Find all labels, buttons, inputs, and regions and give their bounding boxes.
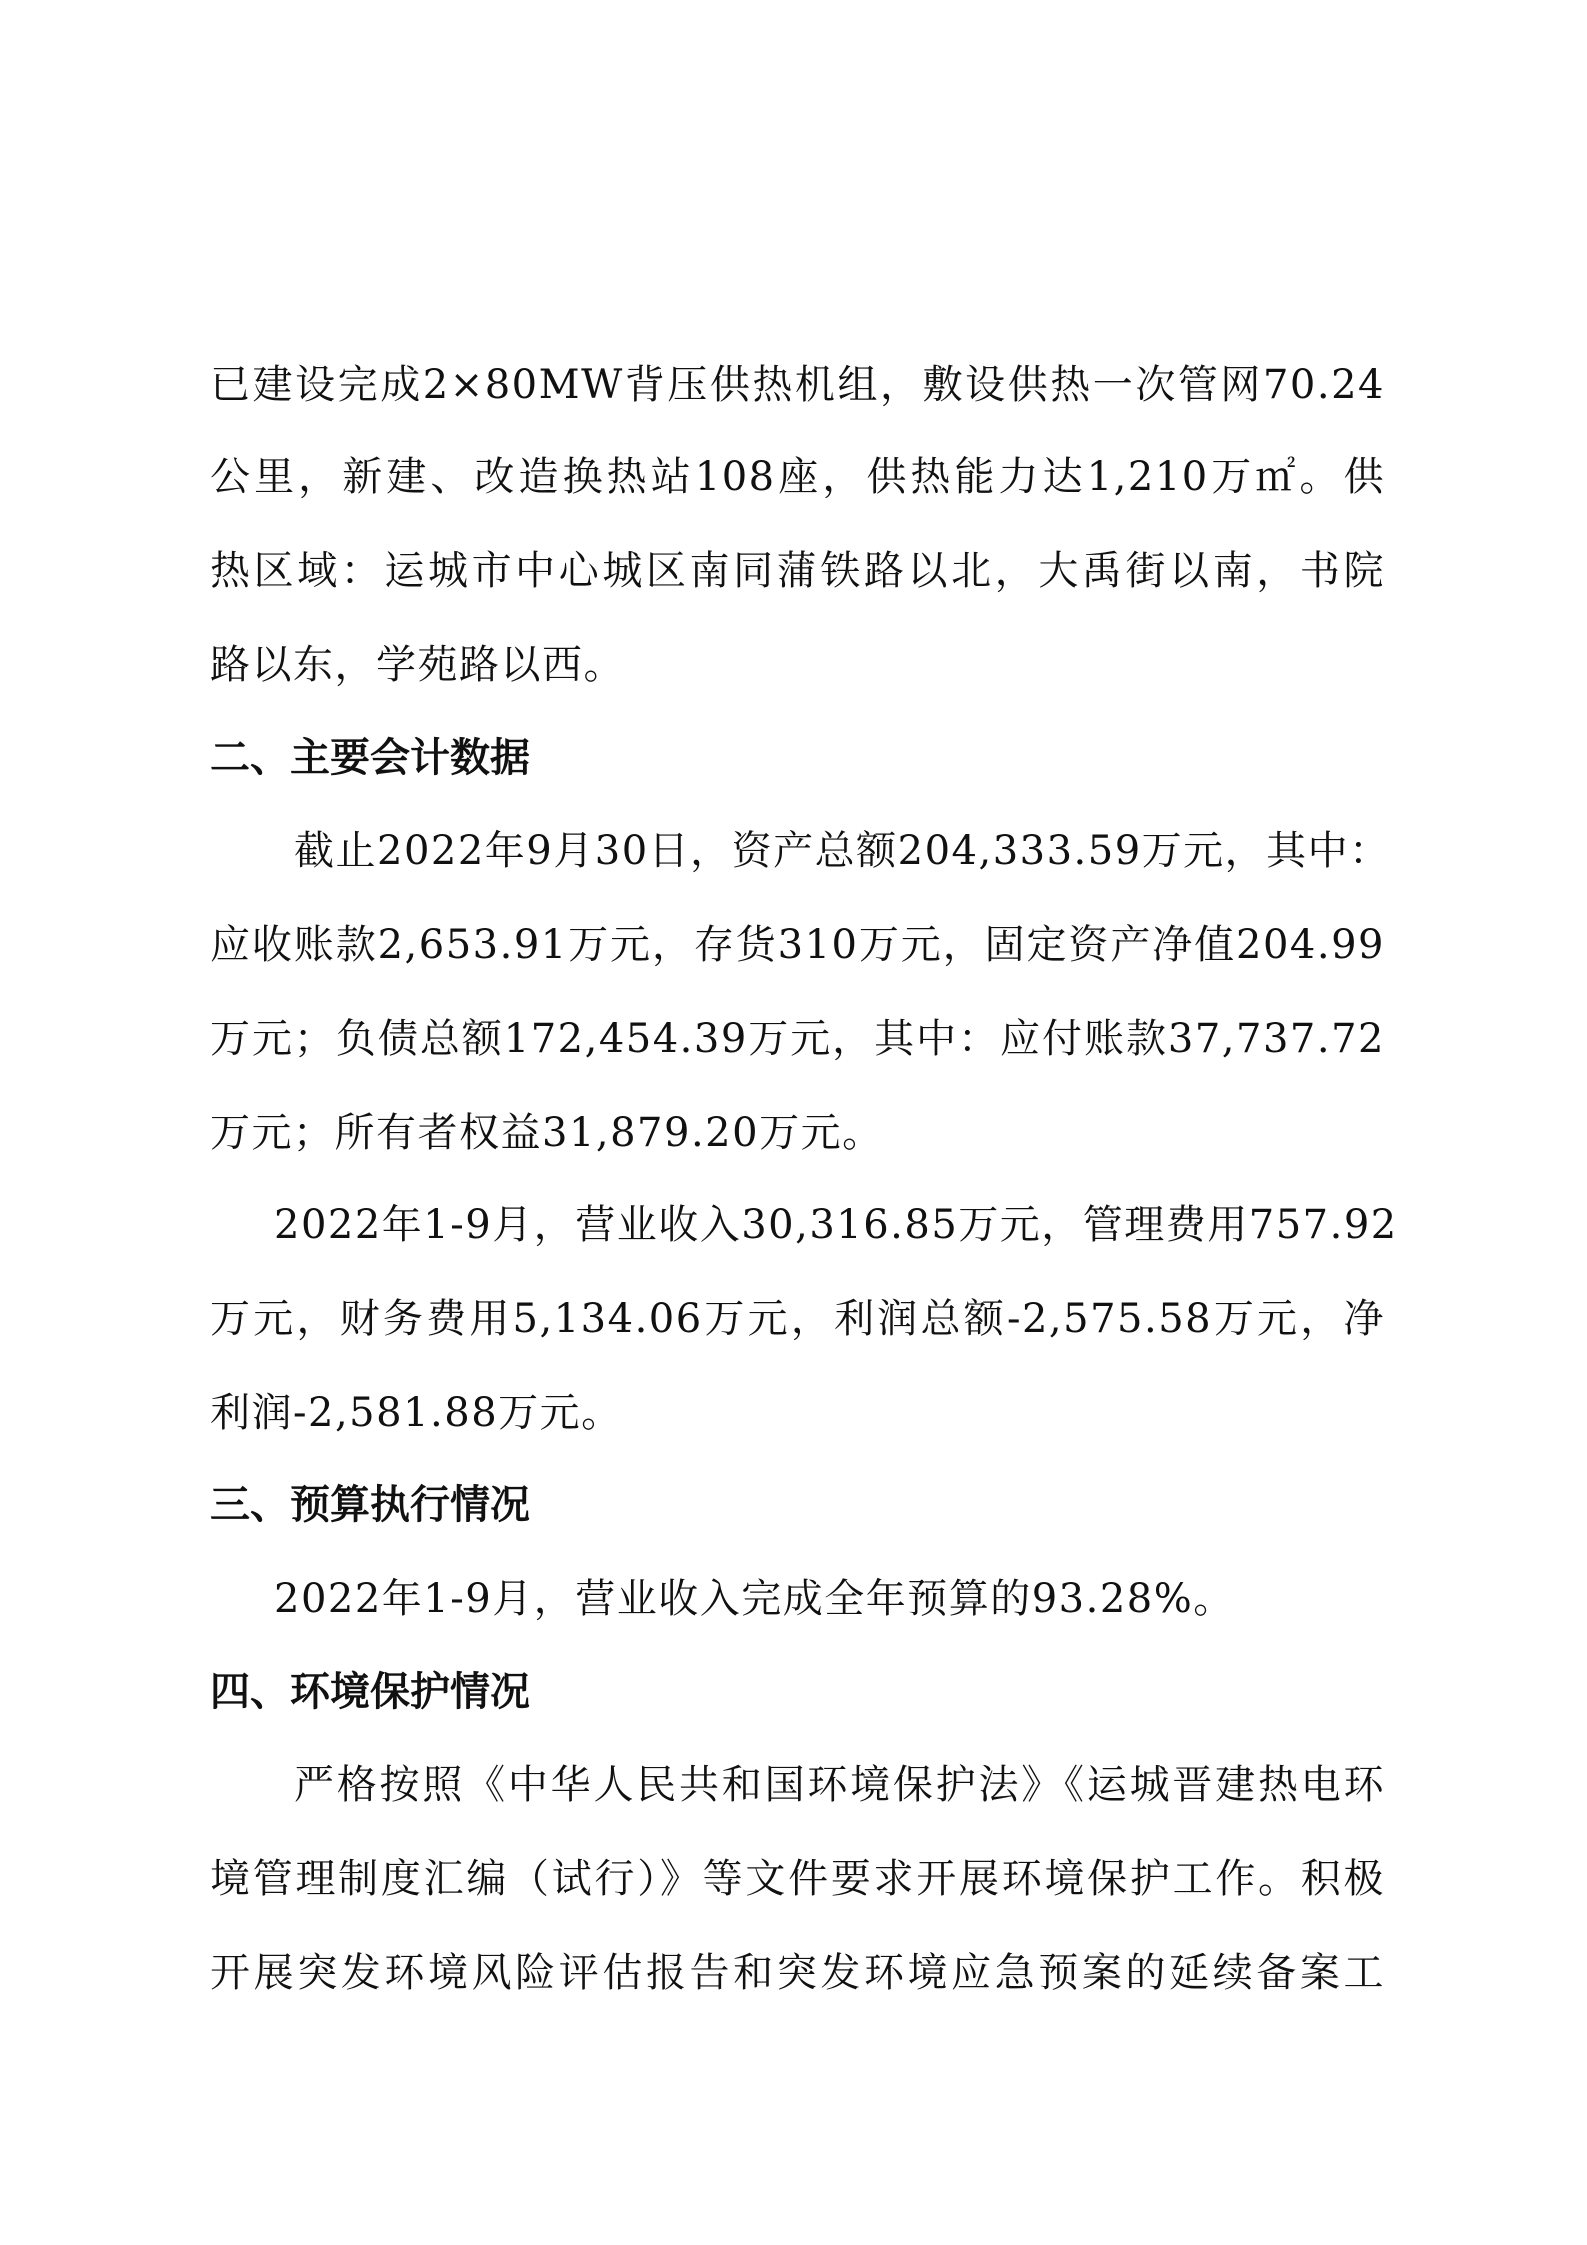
body-text-line: 路以东，学苑路以西。 <box>210 640 625 690</box>
body-text-line: 应收账款2,653.91万元，存货310万元，固定资产净值204.99 <box>210 920 1385 970</box>
body-text-line: 截止2022年9月30日，资产总额204,333.59万元，其中： <box>294 826 1385 876</box>
body-text-line: 热区域：运城市中心城区南同蒲铁路以北，大禹街以南，书院 <box>210 546 1385 596</box>
body-text-line: 公里，新建、改造换热站108座，供热能力达1,210万㎡。供 <box>210 452 1385 502</box>
section-heading-budget-execution: 三、预算执行情况 <box>210 1480 530 1530</box>
body-text-line: 严格按照《中华人民共和国环境保护法》《运城晋建热电环 <box>294 1760 1385 1810</box>
body-text-line: 万元，财务费用5,134.06万元，利润总额-2,575.58万元，净 <box>210 1294 1385 1344</box>
section-heading-environmental-protection: 四、环境保护情况 <box>210 1667 530 1717</box>
body-text-line: 万元；负债总额172,454.39万元，其中：应付账款37,737.72 <box>210 1014 1385 1064</box>
body-text-line: 已建设完成2×80MW背压供热机组，敷设供热一次管网70.24 <box>210 360 1385 410</box>
body-text-line: 2022年1-9月，营业收入30,316.85万元，管理费用757.92 <box>274 1200 1385 1250</box>
body-text-line: 万元；所有者权益31,879.20万元。 <box>210 1108 884 1158</box>
body-text-line: 2022年1-9月，营业收入完成全年预算的93.28%。 <box>274 1574 1235 1624</box>
body-text-line: 利润-2,581.88万元。 <box>210 1388 623 1438</box>
body-text-line: 开展突发环境风险评估报告和突发环境应急预案的延续备案工 <box>210 1948 1385 1998</box>
body-text-line: 境管理制度汇编（试行）》等文件要求开展环境保护工作。积极 <box>210 1854 1385 1904</box>
section-heading-accounting-data: 二、主要会计数据 <box>210 733 530 783</box>
